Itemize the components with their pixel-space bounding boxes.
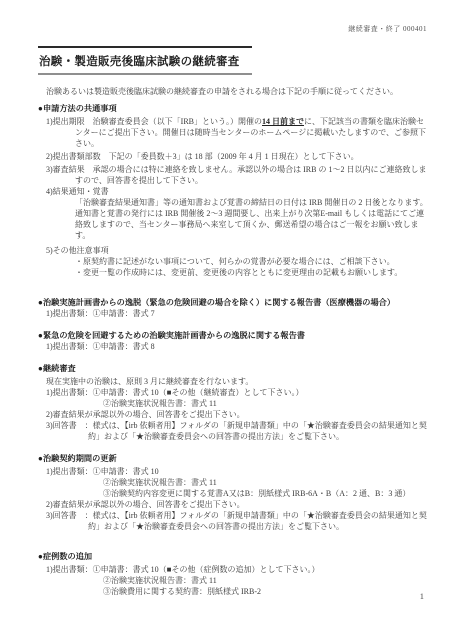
page-title: 治験・製造販売後臨床試験の継続審査 bbox=[38, 46, 252, 75]
continuing-review-line-4: 3)回答書 ：様式は、【irb 依頼者用】フォルダの「新規申請書類」中の「★治験… bbox=[46, 420, 430, 442]
case-addition-line-2: ②治験実施状況報告書：書式 11 bbox=[46, 575, 430, 586]
common-item-other-label: 5)その他注意事項 bbox=[46, 245, 430, 256]
common-item-notice-body: 「治験審査結果通知書」等の通知書および覚書の締結日の日付は IRB 開催日の 2… bbox=[46, 197, 430, 241]
title-block: 治験・製造販売後臨床試験の継続審査 bbox=[38, 46, 252, 75]
section-heading-emergency-deviation: ●緊急の危険を回避するための治験実施計画書からの逸脱に関する報告書 bbox=[38, 330, 430, 341]
deadline-emphasis: 14 日前まで bbox=[262, 117, 304, 126]
section-heading-deviation-report: ●治験実施計画書からの逸脱（緊急の危険回避の場合を除く）に関する報告書（医療機器… bbox=[38, 297, 430, 308]
document-page: 継続審査・終了 000401 治験・製造販売後臨床試験の継続審査 治験あるいは製… bbox=[0, 0, 452, 640]
continuing-review-line-1: 1)提出書類：①申請書：書式 10（■その他（継続審査）として下さい。） bbox=[46, 387, 430, 398]
continuing-review-line-2: ②治験実施状況報告書：書式 11 bbox=[46, 398, 430, 409]
section-heading-case-addition: ●症例数の追加 bbox=[38, 551, 430, 562]
continuing-review-intro: 現在実施中の治験は、原則 3 月に継続審査を行ないます。 bbox=[46, 376, 430, 387]
document-body: 治験あるいは製造販売後臨床試験の継続審査の申請をされる場合は下記の手順に従ってく… bbox=[38, 86, 430, 597]
section-heading-continuing-review: ●継続審査 bbox=[38, 363, 430, 374]
header-note: 継続審査・終了 000401 bbox=[348, 24, 427, 34]
case-addition-line-3: ③治験費用に関する契約書：別紙様式 IRB-2 bbox=[46, 586, 430, 597]
contract-renewal-line-2: ②治験実施状況報告書：書式 11 bbox=[46, 477, 430, 488]
section-heading-contract-renewal: ●治験契約期間の更新 bbox=[38, 453, 430, 464]
common-item-result: 3)審査結果 承認の場合には特に連絡を致しません。承認以外の場合は IRB の … bbox=[46, 164, 430, 186]
section-heading-common: ●申請方法の共通事項 bbox=[38, 103, 430, 114]
contract-renewal-line-1: 1)提出書類：①申請書：書式 10 bbox=[46, 466, 430, 477]
deadline-text-before: 治験審査委員会（以下「IRB」という。）開催の bbox=[85, 117, 262, 126]
common-item-deadline: 1)提出期限 治験審査委員会（以下「IRB」という。）開催の14 日前までに、下… bbox=[46, 116, 430, 149]
common-item-notice-label: 4)結果通知・覚書 bbox=[46, 186, 430, 197]
contract-renewal-line-4: 2)審査結果が承認以外の場合、回答書をご提出下さい。 bbox=[46, 499, 430, 510]
case-addition-line-1: 1)提出書類：①申請書：書式 10（■その他（症例数の追加）として下さい。） bbox=[46, 564, 430, 575]
continuing-review-line-3: 2)審査結果が承認以外の場合、回答書をご提出下さい。 bbox=[46, 409, 430, 420]
page-number: 1 bbox=[420, 591, 424, 601]
contract-renewal-line-3: ③治験契約内容変更に関する覚書A又はB：別紙様式 IRB-6A・B（A：2 通、… bbox=[46, 488, 430, 499]
deviation-report-line-1: 1)提出書類：①申請書：書式 7 bbox=[46, 308, 430, 319]
common-other-note-2: ・変更一覧の作成時には、変更前、変更後の内容とともに変更理由の記載もお願いします… bbox=[46, 267, 430, 278]
emergency-deviation-line-1: 1)提出書類：①申請書：書式 8 bbox=[46, 341, 430, 352]
intro-paragraph: 治験あるいは製造販売後臨床試験の継続審査の申請をされる場合は下記の手順に従ってく… bbox=[46, 86, 430, 97]
deadline-label: 1)提出期限 bbox=[46, 117, 85, 126]
contract-renewal-line-5: 3)回答書 ：様式は、【irb 依頼者用】フォルダの「新規申請書類」中の「★治験… bbox=[46, 510, 430, 532]
common-other-note-1: ・原契約書に記述がない事項について、何らかの覚書が必要な場合には、ご相談下さい。 bbox=[46, 256, 430, 267]
common-item-copies: 2)提出書類部数 下記の「委員数＋3」は 18 部（2009 年 4 月 1 日… bbox=[46, 151, 430, 162]
